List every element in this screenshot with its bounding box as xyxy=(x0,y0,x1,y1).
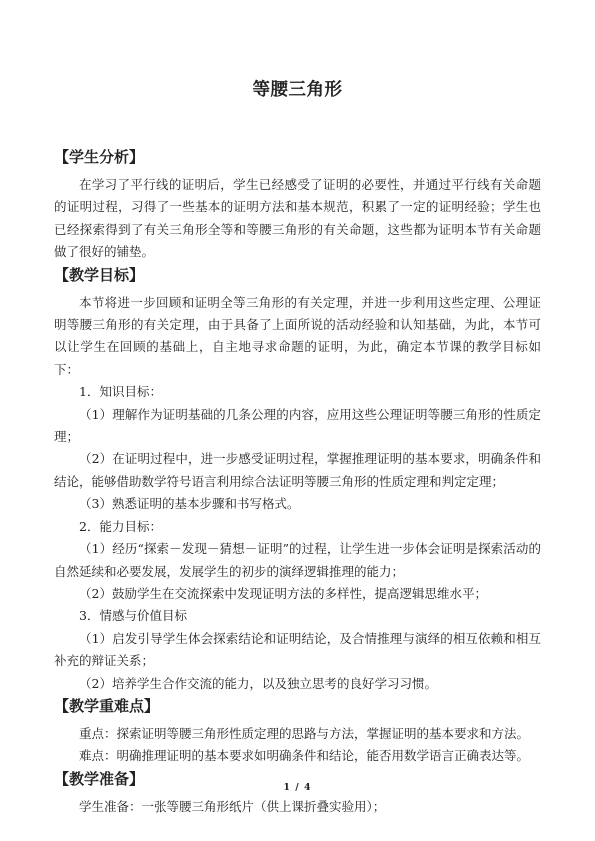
section-body: 学生准备：一张等腰三角形纸片（供上课折叠实验用）； xyxy=(54,796,541,818)
paragraph: （1）启发引导学生体会探索结论和证明结论，及合情推理与演绎的相互依赖和相互补充的… xyxy=(54,628,541,673)
paragraph: 难点：明确推理证明的基本要求如明确条件和结论，能否用数学语言正确表达等。 xyxy=(54,745,541,767)
paragraph: （2）在证明过程中，进一步感受证明过程，掌握推理证明的基本要求，明确条件和结论，… xyxy=(54,448,541,493)
section-heading: 【教学目标】 xyxy=(54,265,541,285)
paragraph: 3．情感与价值目标 xyxy=(54,605,541,627)
document-content: 等腰三角形 【学生分析】 在学习了平行线的证明后，学生已经感受了证明的必要性，并… xyxy=(0,0,595,818)
paragraph: （3）熟悉证明的基本步骤和书写格式。 xyxy=(54,493,541,515)
document-section: 【教学准备】 学生准备：一张等腰三角形纸片（供上课折叠实验用）； xyxy=(54,769,541,818)
paragraph: 在学习了平行线的证明后，学生已经感受了证明的必要性，并通过平行线有关命题的证明过… xyxy=(54,174,541,264)
paragraph: （2）鼓励学生在交流探索中发现证明方法的多样性，提高逻辑思维水平； xyxy=(54,583,541,605)
sections-container: 【学生分析】 在学习了平行线的证明后，学生已经感受了证明的必要性，并通过平行线有… xyxy=(54,147,541,818)
section-body: 在学习了平行线的证明后，学生已经感受了证明的必要性，并通过平行线有关命题的证明过… xyxy=(54,174,541,264)
document-section: 【教学重难点】 重点：探索证明等腰三角形性质定理的思路与方法，掌握证明的基本要求… xyxy=(54,696,541,768)
paragraph: 1．知识目标： xyxy=(54,381,541,403)
paragraph: 重点：探索证明等腰三角形性质定理的思路与方法，掌握证明的基本要求和方法。 xyxy=(54,723,541,745)
section-heading: 【教学重难点】 xyxy=(54,696,541,716)
section-body: 本节将进一步回顾和证明全等三角形的有关定理，并进一步利用这些定理、公理证明等腰三… xyxy=(54,292,541,695)
page-number: 1 / 4 xyxy=(0,782,595,793)
paragraph: （2）培养学生合作交流的能力，以及独立思考的良好学习习惯。 xyxy=(54,673,541,695)
paragraph: 本节将进一步回顾和证明全等三角形的有关定理，并进一步利用这些定理、公理证明等腰三… xyxy=(54,292,541,382)
paragraph: 2．能力目标： xyxy=(54,516,541,538)
section-heading: 【学生分析】 xyxy=(54,147,541,167)
document-section: 【学生分析】 在学习了平行线的证明后，学生已经感受了证明的必要性，并通过平行线有… xyxy=(54,147,541,264)
document-section: 【教学目标】 本节将进一步回顾和证明全等三角形的有关定理，并进一步利用这些定理、… xyxy=(54,265,541,695)
paragraph: （1）理解作为证明基础的几条公理的内容，应用这些公理证明等腰三角形的性质定理； xyxy=(54,404,541,449)
paragraph: 学生准备：一张等腰三角形纸片（供上课折叠实验用）； xyxy=(54,796,541,818)
document-title: 等腰三角形 xyxy=(54,80,541,100)
paragraph: （1）经历“探索－发现－猜想－证明”的过程，让学生进一步体会证明是探索活动的自然… xyxy=(54,538,541,583)
document-page: 等腰三角形 【学生分析】 在学习了平行线的证明后，学生已经感受了证明的必要性，并… xyxy=(0,0,595,841)
section-body: 重点：探索证明等腰三角形性质定理的思路与方法，掌握证明的基本要求和方法。 难点：… xyxy=(54,723,541,768)
